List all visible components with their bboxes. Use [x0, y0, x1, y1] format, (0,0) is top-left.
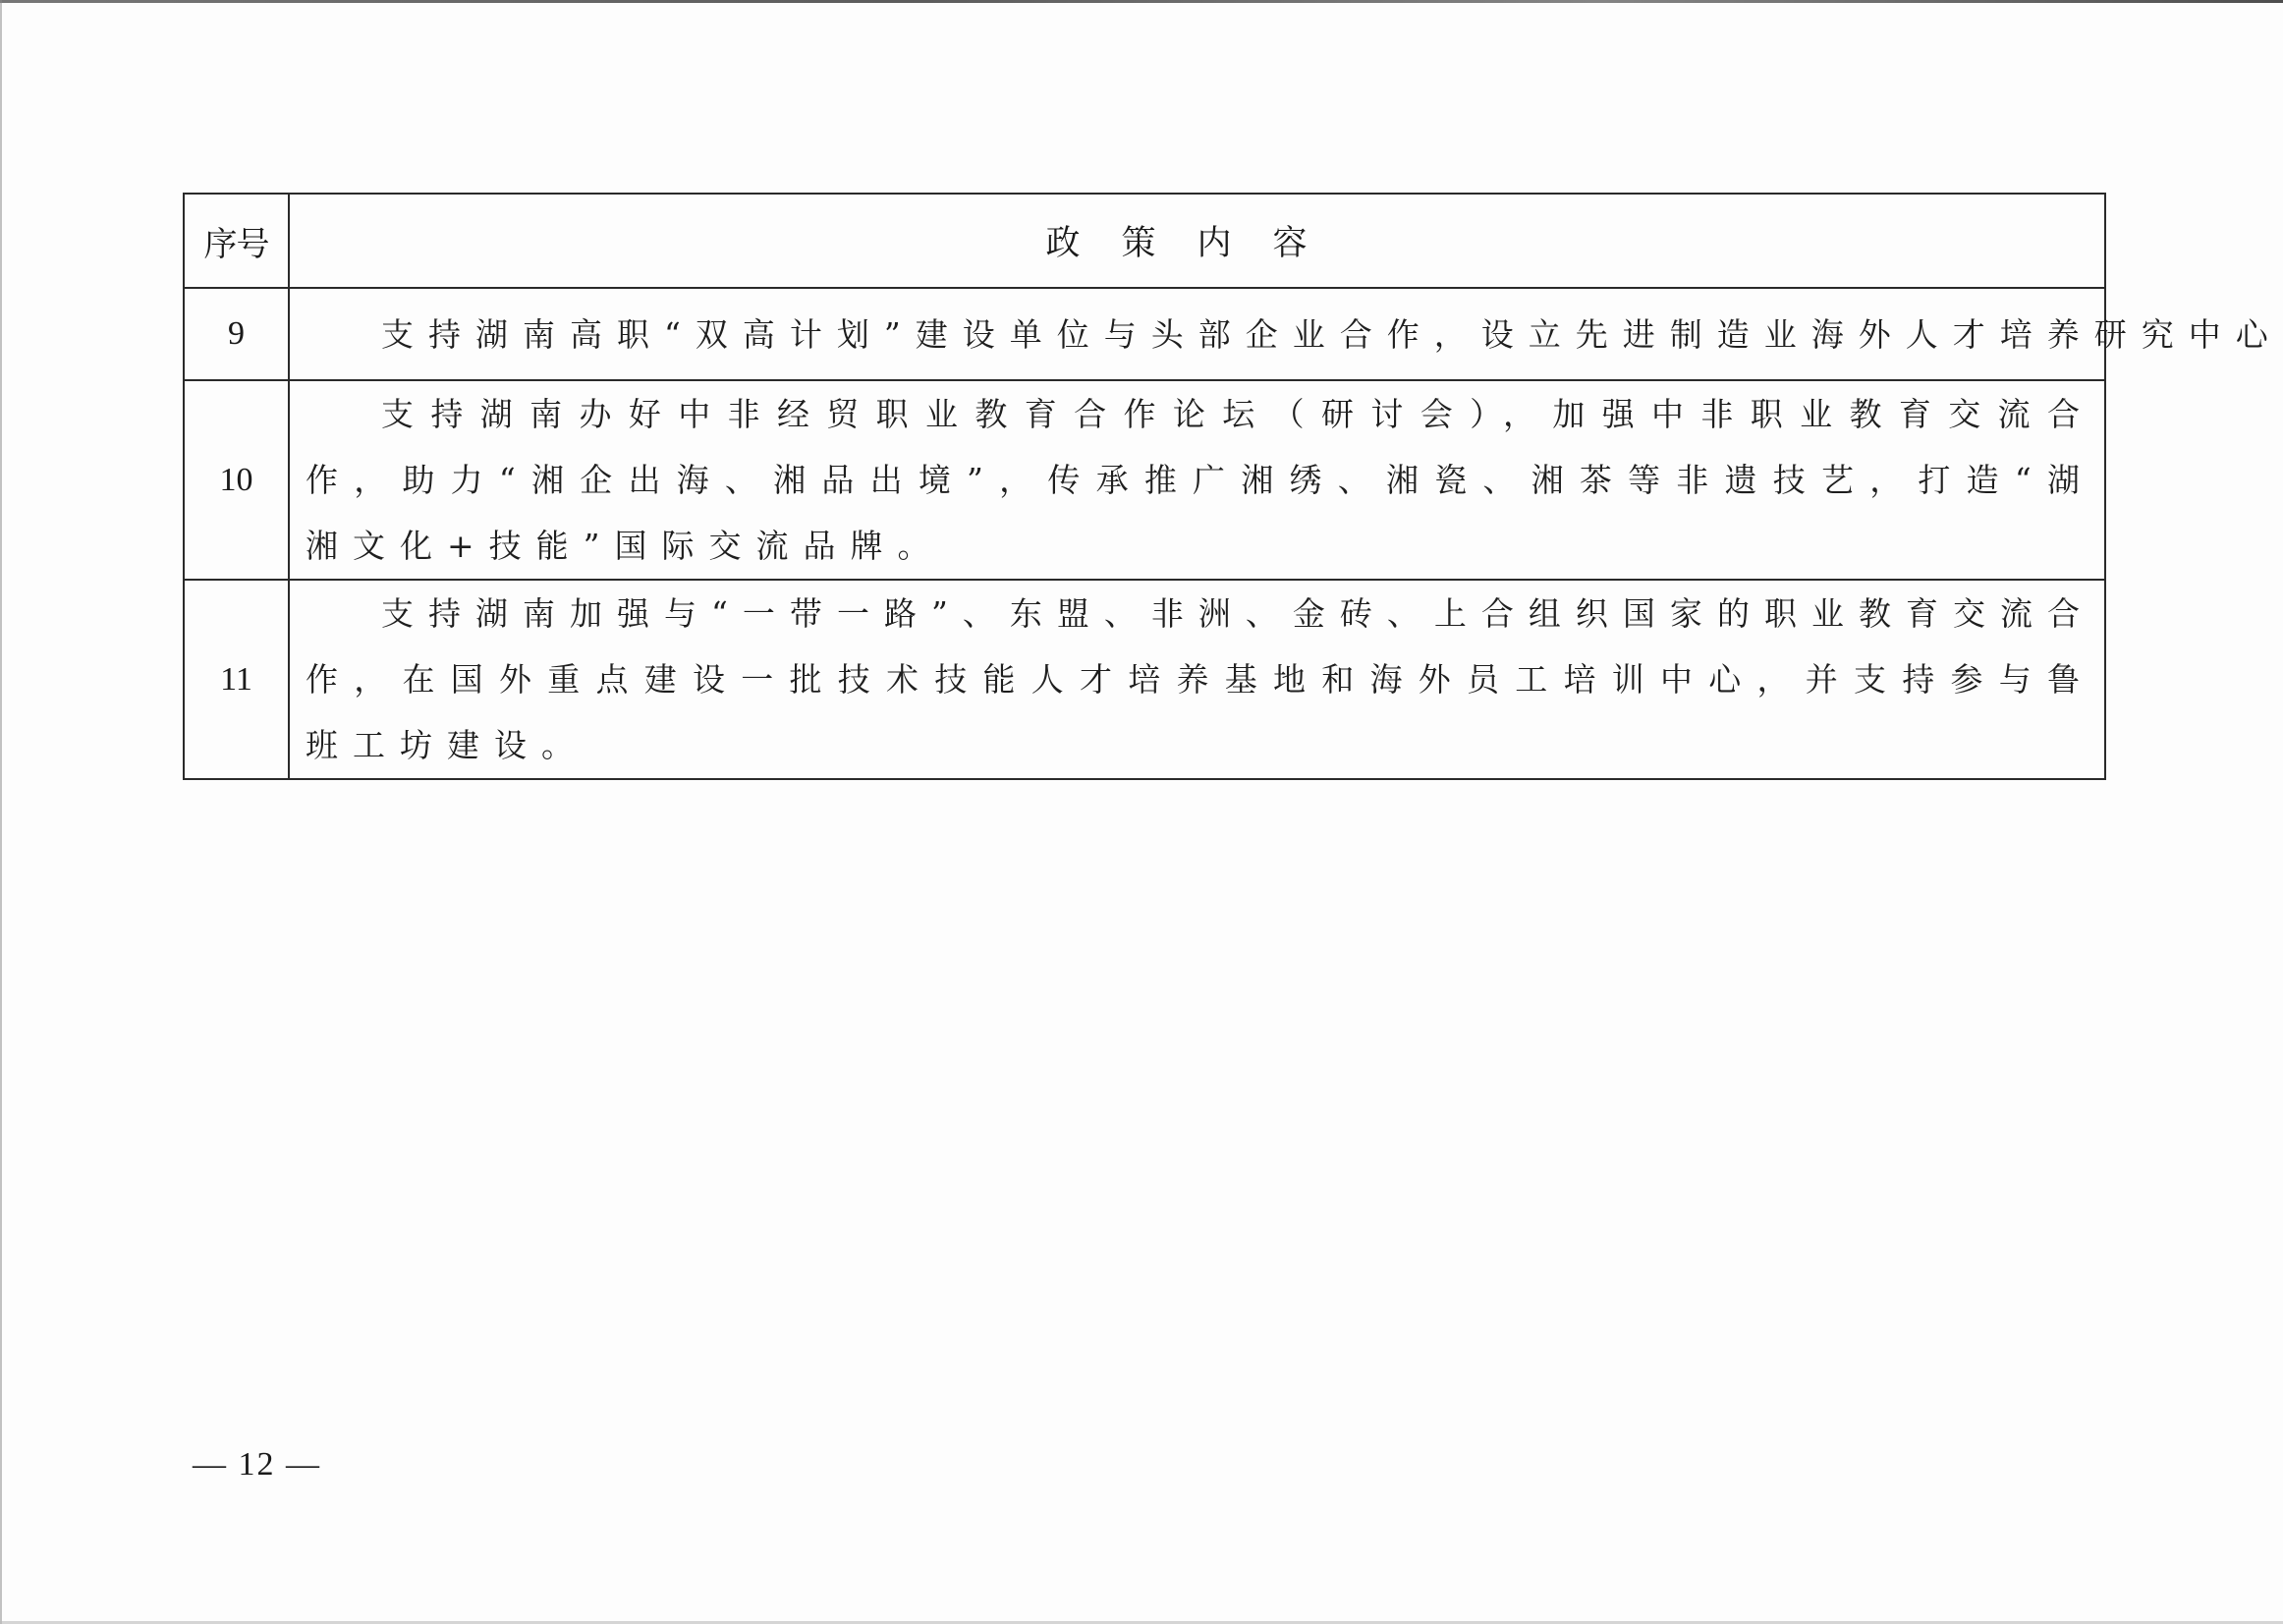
table-row: 9 支持湖南高职“双高计划”建设单位与头部企业合作，设立先进制造业海外人才培养研… — [184, 288, 2105, 380]
row-number: 11 — [184, 580, 289, 779]
row-number: 9 — [184, 288, 289, 380]
row-content: 支持湖南高职“双高计划”建设单位与头部企业合作，设立先进制造业海外人才培养研究中… — [289, 288, 2105, 380]
policy-text: 支持湖南办好中非经贸职业教育合作论坛（研讨会），加强中非职业教育交流合作，助力“… — [306, 381, 2094, 579]
policy-table: 序号 政策内容 9 支持湖南高职“双高计划”建设单位与头部企业合作，设立先进制造… — [183, 193, 2106, 780]
row-number: 10 — [184, 380, 289, 580]
scan-edge-left — [0, 0, 2, 1624]
row-content: 支持湖南办好中非经贸职业教育合作论坛（研讨会），加强中非职业教育交流合作，助力“… — [289, 380, 2105, 580]
policy-text: 支持湖南高职“双高计划”建设单位与头部企业合作，设立先进制造业海外人才培养研究中… — [306, 302, 2094, 367]
scan-edge-top — [0, 0, 2283, 3]
row-content: 支持湖南加强与“一带一路”、东盟、非洲、金砖、上合组织国家的职业教育交流合作，在… — [289, 580, 2105, 779]
header-number: 序号 — [184, 194, 289, 288]
page-number: — 12 — — [193, 1446, 321, 1484]
table-row: 11 支持湖南加强与“一带一路”、东盟、非洲、金砖、上合组织国家的职业教育交流合… — [184, 580, 2105, 779]
table-header-row: 序号 政策内容 — [184, 194, 2105, 288]
header-policy-content: 政策内容 — [289, 194, 2105, 288]
table-row: 10 支持湖南办好中非经贸职业教育合作论坛（研讨会），加强中非职业教育交流合作，… — [184, 380, 2105, 580]
policy-text: 支持湖南加强与“一带一路”、东盟、非洲、金砖、上合组织国家的职业教育交流合作，在… — [306, 581, 2094, 778]
